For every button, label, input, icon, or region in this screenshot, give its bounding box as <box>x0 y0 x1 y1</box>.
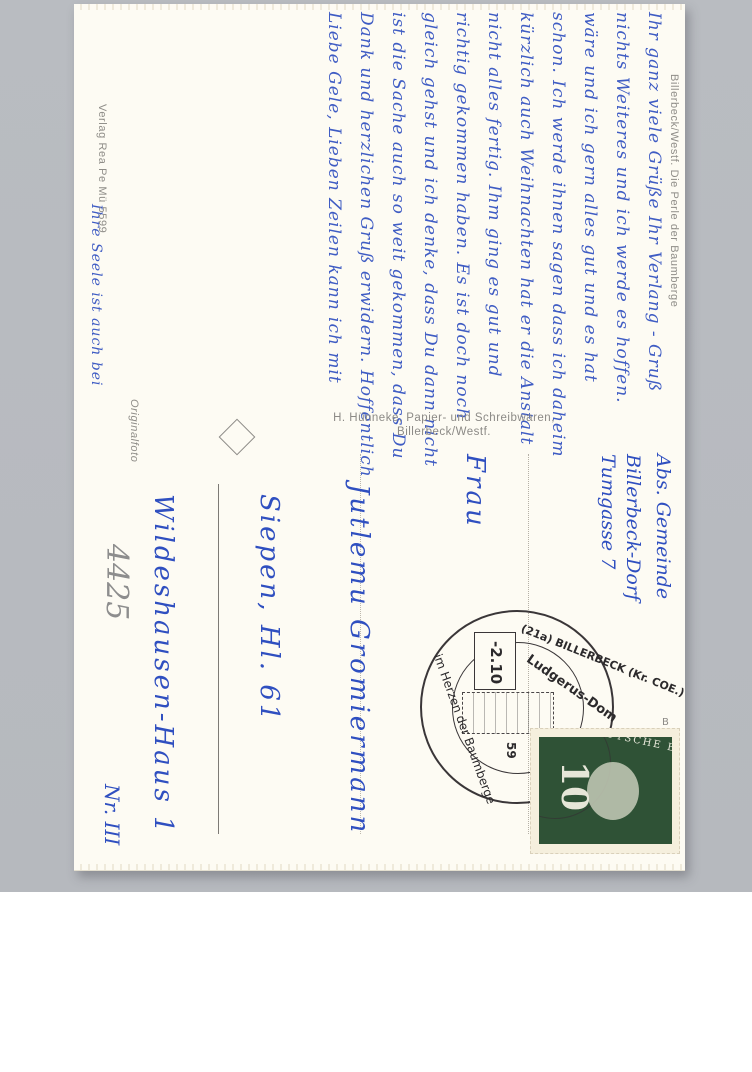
message-line: wäre und ich gern alles gut und es hat <box>580 12 600 383</box>
recipient-line: Siepen, Hl. 61 <box>254 494 284 723</box>
postage-stamp: 10 DEUTSCHE BUNDESPOST <box>530 728 680 854</box>
address-line <box>218 484 219 834</box>
message-line: schon. Ich werde ihnen sagen dass ich da… <box>548 12 568 458</box>
recipient-line: Jutlemu Gromiermann <box>344 484 374 835</box>
postmark-year: 59 <box>504 742 518 759</box>
publisher-line-1: H. Hünneke, Papier- und Schreibwaren, <box>274 412 614 425</box>
publisher-logo-icon <box>219 419 256 456</box>
message-line: Ihr ganz viele Grüße Ihr Verlang - Gruß <box>644 12 664 392</box>
sender-line: Billerbeck-Dorf <box>622 454 644 601</box>
message-line: nichts Weiteres und ich werde es hoffen. <box>612 12 632 404</box>
publisher-line-2: Billerbeck/Westf. <box>274 426 614 439</box>
stamp-image: 10 DEUTSCHE BUNDESPOST <box>539 737 672 844</box>
message-line: kürzlich auch Weihnachten hat er die Ans… <box>516 12 536 445</box>
edge-caption-right: Billerbeck/Westf. Die Perle der Baumberg… <box>668 74 680 308</box>
message-line: richtig gekommen haben. Es ist doch noch <box>452 12 472 420</box>
message-line: gleich gehst und ich denke, dass Du dann… <box>420 12 440 467</box>
message-line: Dank und herzlichen Gruß erwidern. Hoffe… <box>356 12 376 478</box>
recipient-line: Wildeshausen-Haus 1 <box>148 494 178 836</box>
sender-line: Tumgasse 7 <box>597 454 619 569</box>
stamp-value: 10 <box>553 761 595 811</box>
card-edge-top <box>74 4 685 10</box>
corner-mark: B <box>662 717 669 728</box>
recipient-line: Frau <box>460 454 490 529</box>
postmark-date: -2.10 <box>487 641 505 684</box>
recipient-line: Nr. III <box>100 784 124 845</box>
message-line: nicht alles fertig. Ihm ging es gut und <box>484 12 504 378</box>
photo-label: Originalfoto <box>128 399 140 462</box>
edge-caption-left: Verlag Rea Pe Mü 5599 <box>96 104 108 233</box>
message-line: ist die Sache auch so weit gekommen, das… <box>388 12 408 459</box>
inventory-number: 4425 <box>99 544 134 620</box>
card-edge-bottom <box>74 864 685 870</box>
message-line: Liebe Gele, Lieben Zeilen kann ich mit <box>324 12 344 384</box>
postmark-date-box: -2.10 <box>474 632 516 690</box>
sender-line: Abs. Gemeinde <box>652 454 674 599</box>
